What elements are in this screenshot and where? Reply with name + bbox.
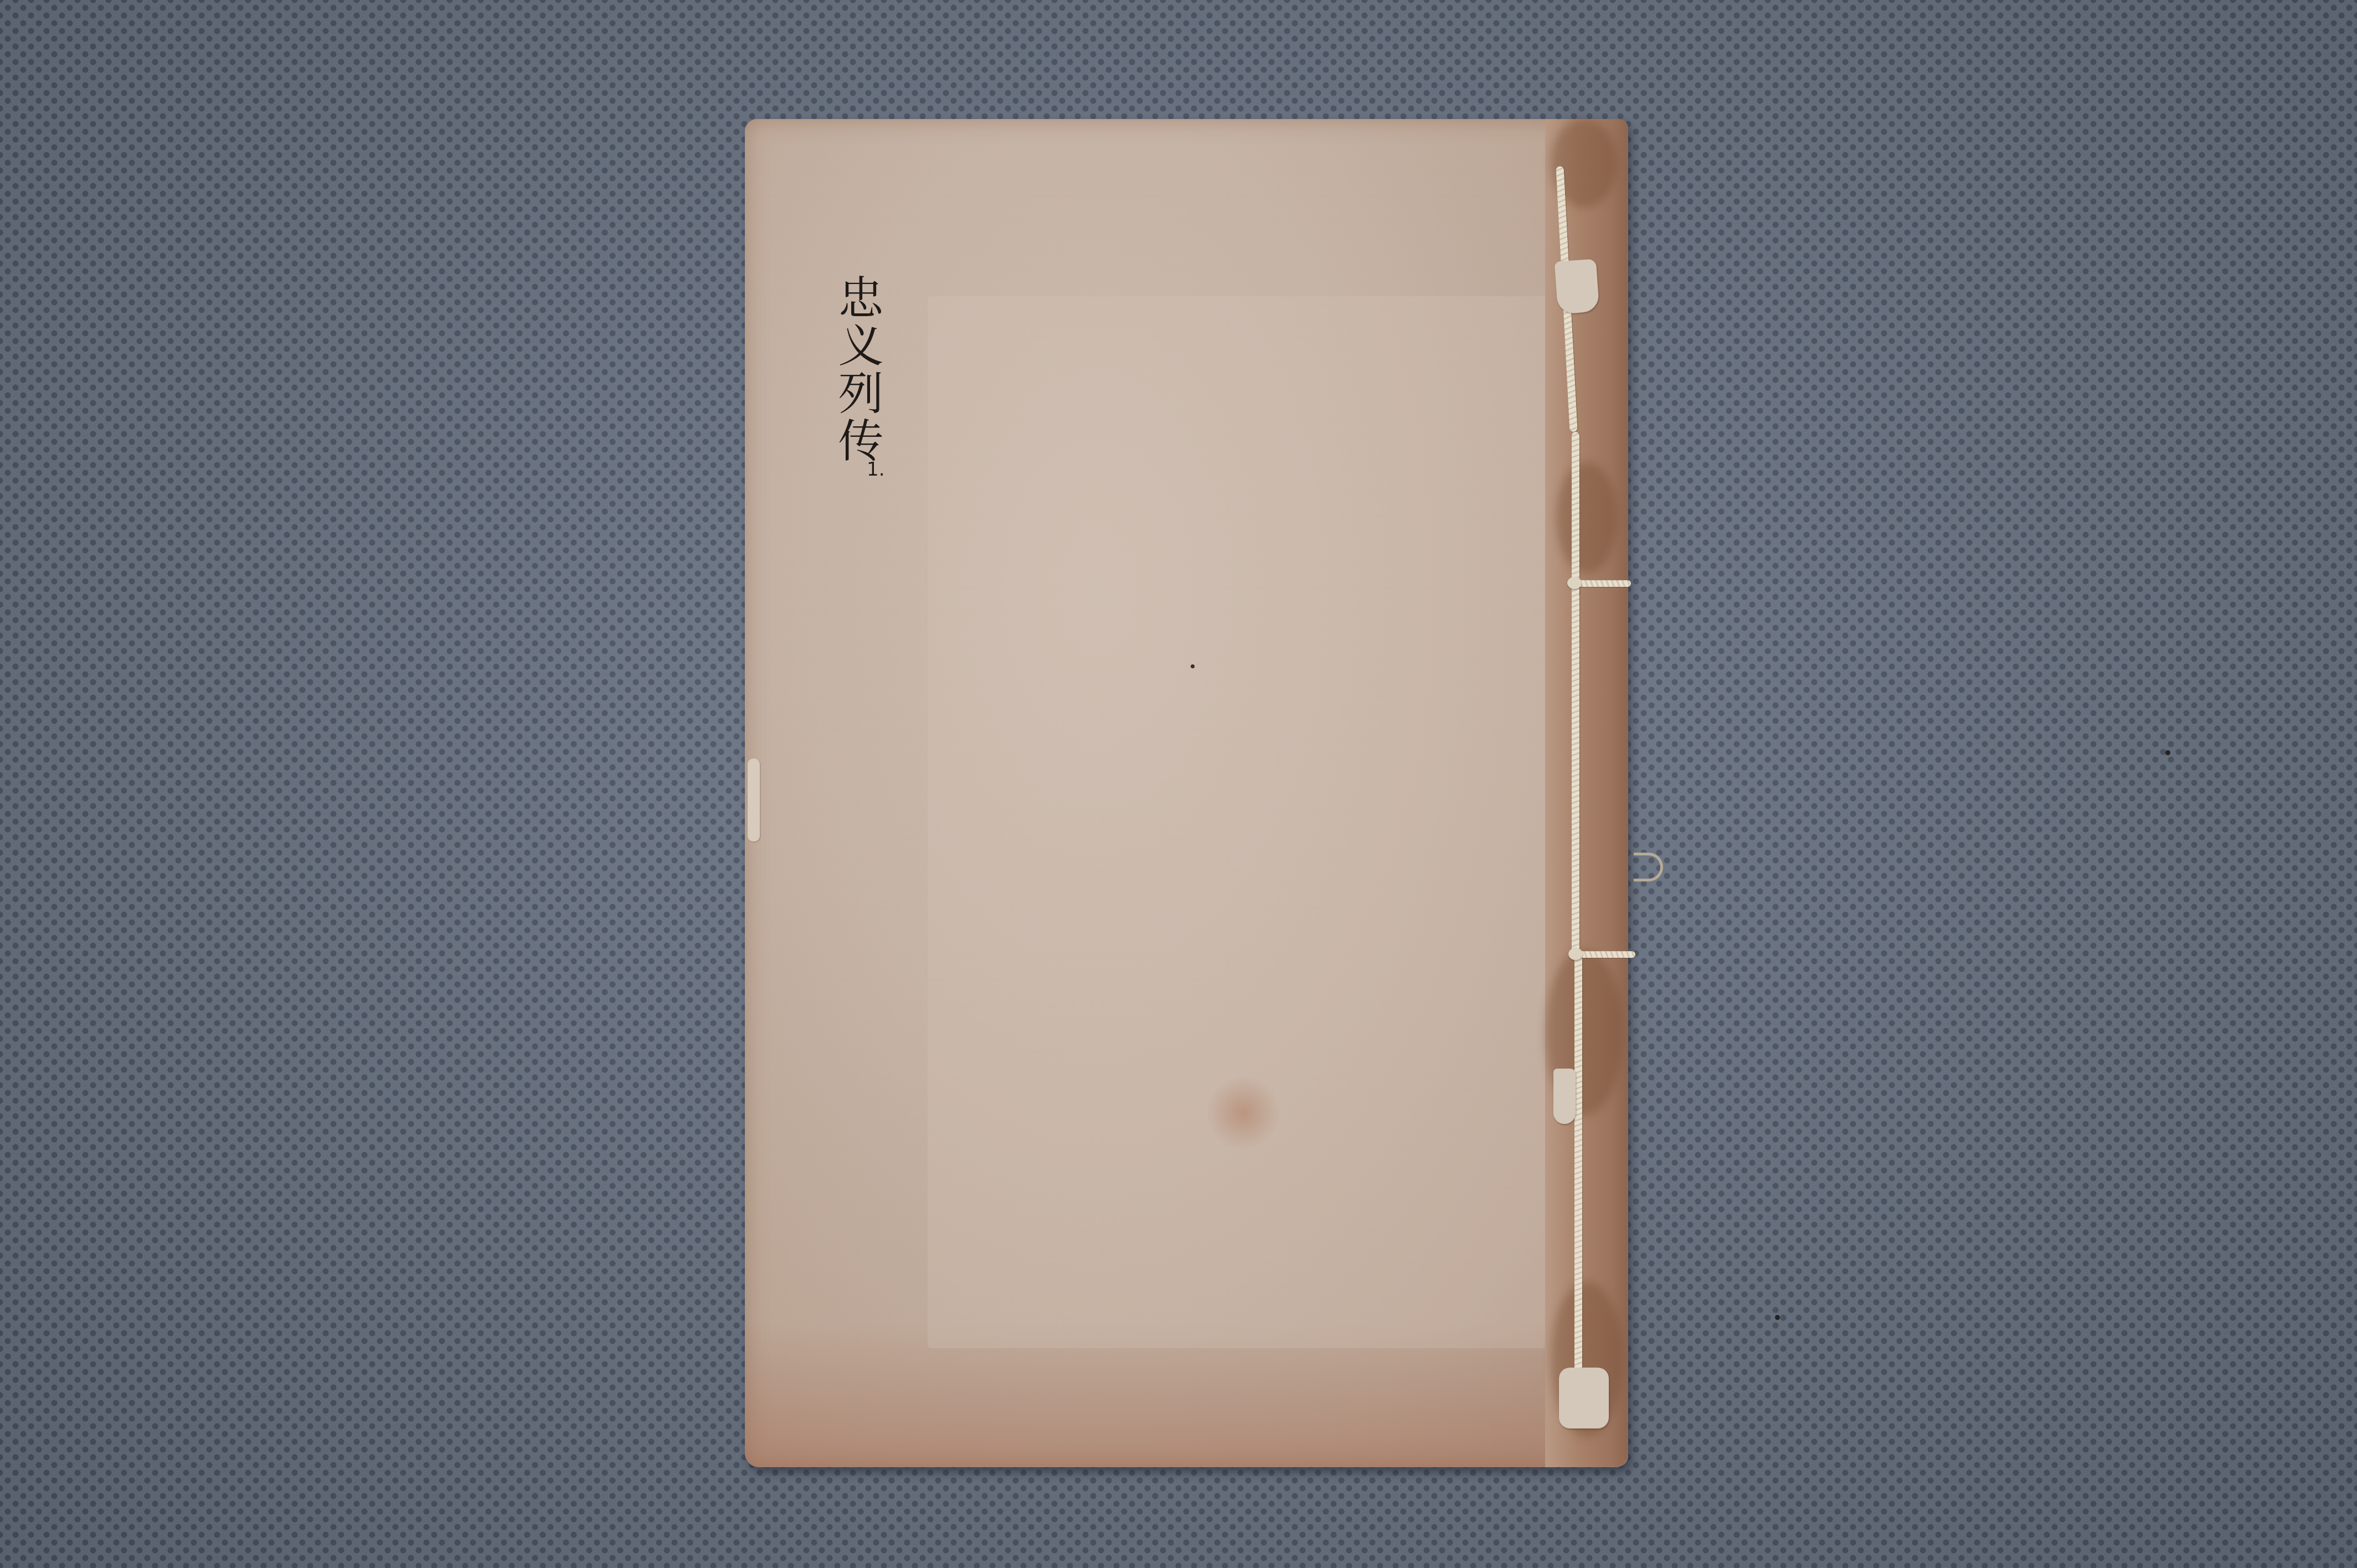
book-spine-strip (1545, 119, 1628, 1467)
paper-tab (1555, 259, 1599, 314)
binding-thread (1572, 432, 1579, 598)
paper-edge-fold (748, 759, 760, 842)
thread-knot (1567, 577, 1582, 589)
handwritten-title: 忠义列传 (828, 274, 883, 465)
spine-stain (1556, 462, 1617, 573)
paper-tab (1553, 1069, 1576, 1124)
foxing-stain (1207, 1074, 1279, 1152)
ink-dot (1191, 664, 1195, 668)
paper-tab (1559, 1368, 1609, 1428)
binding-thread (1572, 587, 1579, 952)
mat-speck (2165, 750, 2170, 755)
cover-inner-panel (928, 296, 1553, 1348)
binding-thread (1574, 952, 1582, 1384)
mat-speck (1775, 1315, 1780, 1320)
thread-loop (1634, 853, 1663, 881)
volume-mark: 1. (867, 458, 884, 481)
thread-knot (1568, 948, 1583, 960)
